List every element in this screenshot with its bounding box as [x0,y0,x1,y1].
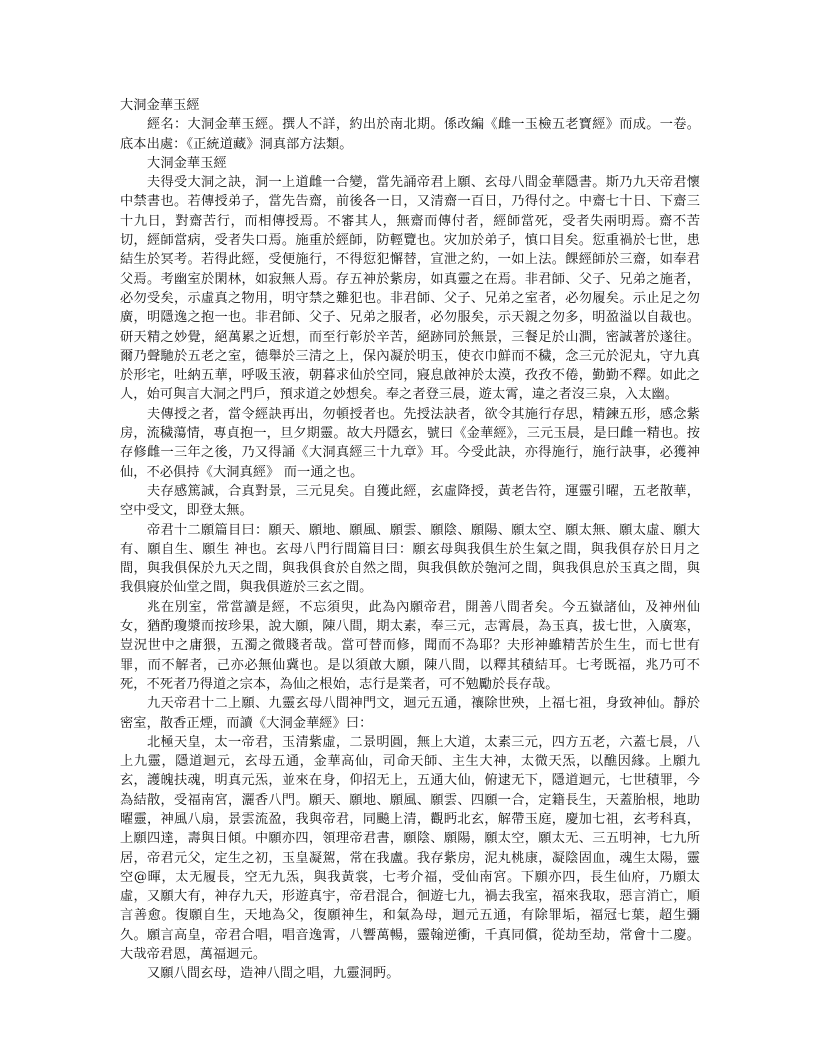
paragraph: 九天帝君十二上願、九靈玄母八間神門文，迴元五通，禳除世殃，上福七祖，身致神仙。靜… [120,694,700,733]
paragraph: 夫得受大洞之訣，洞一上道雌一合變，當先誦帝君上願、玄母八間金華隱書。斯乃九天帝君… [120,173,700,405]
paragraph: 北極天皇，太一帝君，玉清紫虛，二景明圓，無上大道，太素三元，四方五老，六蓋七晨，… [120,733,700,965]
paragraph: 兆在別室，常當讀是經，不忘須臾，此為內願帝君，開善八間者矣。今五嶽諸仙，及神州仙… [120,598,700,694]
paragraph: 又願八間玄母，造神八間之唱，九靈洞眄。 [120,964,700,983]
paragraph: 夫存感篤誠，合真對景，三元見矣。自獲此經，玄虛降授，黃老告符，運靈引曜，五老散華… [120,482,700,521]
document-title: 大洞金華玉經 [120,96,700,115]
paragraph: 夫傳授之者，當令經訣再出，勿頓授者也。先授法訣者，欲令其施行存思，精鍊五形，感念… [120,405,700,482]
paragraph: 帝君十二願篇目曰：願天、願地、願風、願雲、願陰、願陽、願太空、願太無、願太虛、願… [120,521,700,598]
document-page: 大洞金華玉經 經名：大洞金華玉經。撰人不詳，約出於南北期。係改編《雌一玉檢五老寶… [120,96,700,984]
document-intro: 經名：大洞金華玉經。撰人不詳，約出於南北期。係改編《雌一玉檢五老寶經》而成。一卷… [120,115,700,154]
document-subtitle: 大洞金華玉經 [120,154,700,173]
